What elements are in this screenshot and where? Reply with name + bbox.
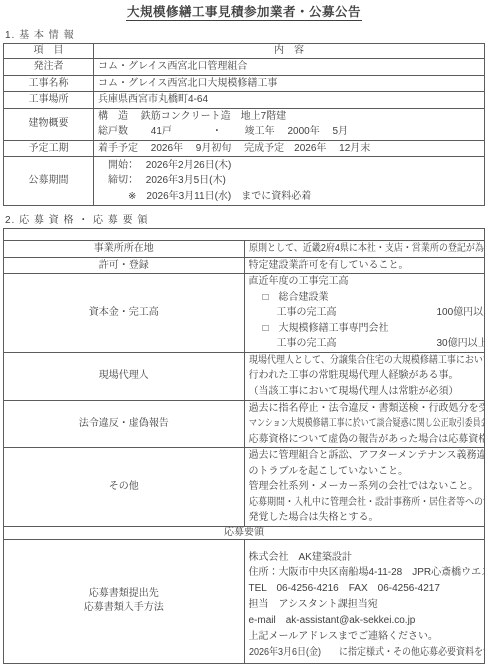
other-line2: のトラブルを起こしていないこと。 bbox=[249, 464, 481, 480]
site-agent-line3: （当該工事において現場代理人は常駐が必須） bbox=[249, 384, 481, 400]
page-title-text: 大規模修繕工事見積参加業者・公募公告 bbox=[126, 5, 362, 21]
license-label: 許可・登録 bbox=[4, 257, 245, 274]
page-title: 大規模修繕工事見積参加業者・公募公告 bbox=[3, 2, 485, 20]
table-row-site-agent: 現場代理人 現場代理人として、分譲集合住宅の大規模修繕工事において、設計監理方式… bbox=[4, 352, 485, 400]
header-content-cell: 内 容 bbox=[94, 44, 485, 59]
submission-note2: 2026年3月6日(金) に指定様式・その他応募必要資料を電子メールで送付いたし… bbox=[249, 645, 485, 661]
submission-tel-fax: TEL 06-4256-4216 FAX 06-4256-4217 bbox=[249, 581, 481, 597]
building-value: 構 造 鉄筋コンクリート造 地上7階建 総戸数 41戸 ・ 竣工年 2000年 … bbox=[94, 108, 485, 140]
capital-amount1-label: 工事の完工高 bbox=[249, 305, 437, 321]
site-agent-line2: 行われた工事の常駐現場代理人経験がある事。 bbox=[249, 368, 481, 384]
compliance-line2: マンション大規模修繕工事に於いて談合疑惑に関し公正取引委員会の立入調査を受けてい… bbox=[249, 416, 485, 432]
period-note-line: ※ 2026年3月11日(水) までに資料必着 bbox=[98, 189, 480, 205]
capital-amount1-line: 工事の完工高100億円以上 bbox=[249, 305, 481, 321]
capital-amount2-line: 工事の完工高30億円以上 bbox=[249, 336, 481, 352]
capital-amount1-value: 100億円以上 bbox=[437, 307, 485, 318]
work-name-value: コム・グレイス西宮北口大規模修繕工事 bbox=[94, 75, 485, 92]
other-line4: 応募期間・入札中に管理会社・設計事務所・居住者等への営業活動は禁止とし、 bbox=[249, 495, 485, 511]
section1-heading: 1. 基 本 情 報 bbox=[5, 26, 485, 41]
basic-info-table: 項 目 内 容 発注者 コム・グレイス西宮北口管理組合 工事名称 コム・グレイス… bbox=[3, 43, 485, 206]
capital-intro-line: 直近年度の工事完工高 bbox=[249, 274, 481, 290]
table-row-license: 許可・登録 特定建設業許可を有していること。 bbox=[4, 257, 485, 274]
capital-amount2-label: 工事の完工高 bbox=[249, 336, 437, 352]
section2-heading: 2. 応 募 資 格 ・ 応 募 要 領 bbox=[5, 211, 485, 226]
period-start-line: 開始： 2026年2月26日(木) bbox=[98, 158, 480, 174]
spacer-cell bbox=[4, 229, 485, 241]
guidelines-header-cell: 応募要領 bbox=[4, 526, 485, 539]
submission-label-line1: 応募書類提出先 bbox=[8, 587, 240, 601]
building-label: 建物概要 bbox=[4, 108, 94, 140]
announcement-document: 大規模修繕工事見積参加業者・公募公告 1. 基 本 情 報 項 目 内 容 発注… bbox=[0, 0, 488, 664]
table-row-other: その他 過去に管理組合と訴訟、アフターメンテナンス義務違反・工事中における事件等… bbox=[4, 448, 485, 527]
compliance-value: 過去に指名停止・法令違反・書類送検・行政処分を受けていないこと。 マンション大規… bbox=[244, 400, 485, 448]
orderer-label: 発注者 bbox=[4, 59, 94, 76]
capital-value: 直近年度の工事完工高 □ 総合建設業 工事の完工高100億円以上 □ 大規模修繕… bbox=[244, 274, 485, 353]
other-line1: 過去に管理組合と訴訟、アフターメンテナンス義務違反・工事中における事件等 bbox=[249, 448, 481, 464]
capital-amount2-value: 30億円以上 bbox=[437, 338, 485, 349]
building-units-line: 総戸数 41戸 ・ 竣工年 2000年 5月 bbox=[98, 124, 480, 140]
compliance-label: 法令違反・虚偽報告 bbox=[4, 400, 245, 448]
table-row-office-location: 事業所所在地 原則として、近畿2府4県に本社・支店・営業所の登記が為されているこ… bbox=[4, 241, 485, 258]
schedule-value: 着手予定 2026年 9月初旬 完成予定 2026年 12月末 bbox=[94, 140, 485, 157]
table-row-orderer: 発注者 コム・グレイス西宮北口管理組合 bbox=[4, 59, 485, 76]
other-value: 過去に管理組合と訴訟、アフターメンテナンス義務違反・工事中における事件等 のトラ… bbox=[244, 448, 485, 527]
submission-company: 株式会社 AK建築設計 bbox=[249, 550, 481, 566]
compliance-line1: 過去に指名停止・法令違反・書類送検・行政処分を受けていないこと。 bbox=[249, 401, 481, 417]
other-line3: 管理会社系列・メーカー系列の会社ではないこと。 bbox=[249, 479, 481, 495]
application-period-label: 公募期間 bbox=[4, 157, 94, 206]
header-item-cell: 項 目 bbox=[4, 44, 94, 59]
building-structure-line: 構 造 鉄筋コンクリート造 地上7階建 bbox=[98, 109, 480, 125]
site-agent-value: 現場代理人として、分譲集合住宅の大規模修繕工事において、設計監理方式で 行われた… bbox=[244, 352, 485, 400]
submission-address: 住所：大阪市中央区南船場4-11-28 JPR心斎橋ウエスト4階 bbox=[249, 565, 481, 581]
table-header-row: 項 目 内 容 bbox=[4, 44, 485, 59]
site-agent-label: 現場代理人 bbox=[4, 352, 245, 400]
submission-label: 応募書類提出先 応募書類入手方法 bbox=[4, 539, 245, 663]
office-location-text: 原則として、近畿2府4県に本社・支店・営業所の登記が為されていること。 bbox=[249, 241, 485, 257]
other-label: その他 bbox=[4, 448, 245, 527]
work-name-label: 工事名称 bbox=[4, 75, 94, 92]
capital-checkbox2-line: □ 大規模修繕工事専門会社 bbox=[249, 321, 481, 337]
other-line5: 発覚した場合は失格とする。 bbox=[249, 510, 481, 526]
application-period-value: 開始： 2026年2月26日(木) 締切： 2026年3月5日(木) ※ 202… bbox=[94, 157, 485, 206]
work-site-value: 兵庫県西宮市丸橋町4-64 bbox=[94, 92, 485, 109]
capital-checkbox1-line: □ 総合建設業 bbox=[249, 290, 481, 306]
compliance-line3: 応募資格について虚偽の報告があった場合は応募資格なきものとする。 bbox=[249, 432, 481, 448]
submission-value: 株式会社 AK建築設計 住所：大阪市中央区南船場4-11-28 JPR心斎橋ウエ… bbox=[244, 539, 485, 663]
period-deadline-line: 締切： 2026年3月5日(木) bbox=[98, 173, 480, 189]
orderer-value: コム・グレイス西宮北口管理組合 bbox=[94, 59, 485, 76]
submission-label-line2: 応募書類入手方法 bbox=[8, 601, 240, 615]
table-row-work-site: 工事場所 兵庫県西宮市丸橋町4-64 bbox=[4, 92, 485, 109]
table-row-submission: 応募書類提出先 応募書類入手方法 株式会社 AK建築設計 住所：大阪市中央区南船… bbox=[4, 539, 485, 663]
site-agent-line1: 現場代理人として、分譲集合住宅の大規模修繕工事において、設計監理方式で bbox=[249, 353, 485, 369]
submission-email: e-mail ak-assistant@ak-sekkei.co.jp bbox=[249, 613, 481, 629]
table-row-application-period: 公募期間 開始： 2026年2月26日(木) 締切： 2026年3月5日(木) … bbox=[4, 157, 485, 206]
guidelines-header-row: 応募要領 bbox=[4, 526, 485, 539]
table-row-schedule: 予定工期 着手予定 2026年 9月初旬 完成予定 2026年 12月末 bbox=[4, 140, 485, 157]
application-requirements-table: 事業所所在地 原則として、近畿2府4県に本社・支店・営業所の登記が為されているこ… bbox=[3, 228, 485, 664]
license-value: 特定建設業許可を有していること。 bbox=[244, 257, 485, 274]
table-row-work-name: 工事名称 コム・グレイス西宮北口大規模修繕工事 bbox=[4, 75, 485, 92]
work-site-label: 工事場所 bbox=[4, 92, 94, 109]
spacer-row bbox=[4, 229, 485, 241]
office-location-label: 事業所所在地 bbox=[4, 241, 245, 258]
office-location-value: 原則として、近畿2府4県に本社・支店・営業所の登記が為されていること。 bbox=[244, 241, 485, 258]
schedule-label: 予定工期 bbox=[4, 140, 94, 157]
table-row-capital: 資本金・完工高 直近年度の工事完工高 □ 総合建設業 工事の完工高100億円以上… bbox=[4, 274, 485, 353]
submission-contact: 担当 アシスタント課担当宛 bbox=[249, 597, 481, 613]
table-row-building: 建物概要 構 造 鉄筋コンクリート造 地上7階建 総戸数 41戸 ・ 竣工年 2… bbox=[4, 108, 485, 140]
submission-note1: 上記メールアドレスまでご連絡ください。 bbox=[249, 629, 481, 645]
capital-label: 資本金・完工高 bbox=[4, 274, 245, 353]
table-row-compliance: 法令違反・虚偽報告 過去に指名停止・法令違反・書類送検・行政処分を受けていないこ… bbox=[4, 400, 485, 448]
